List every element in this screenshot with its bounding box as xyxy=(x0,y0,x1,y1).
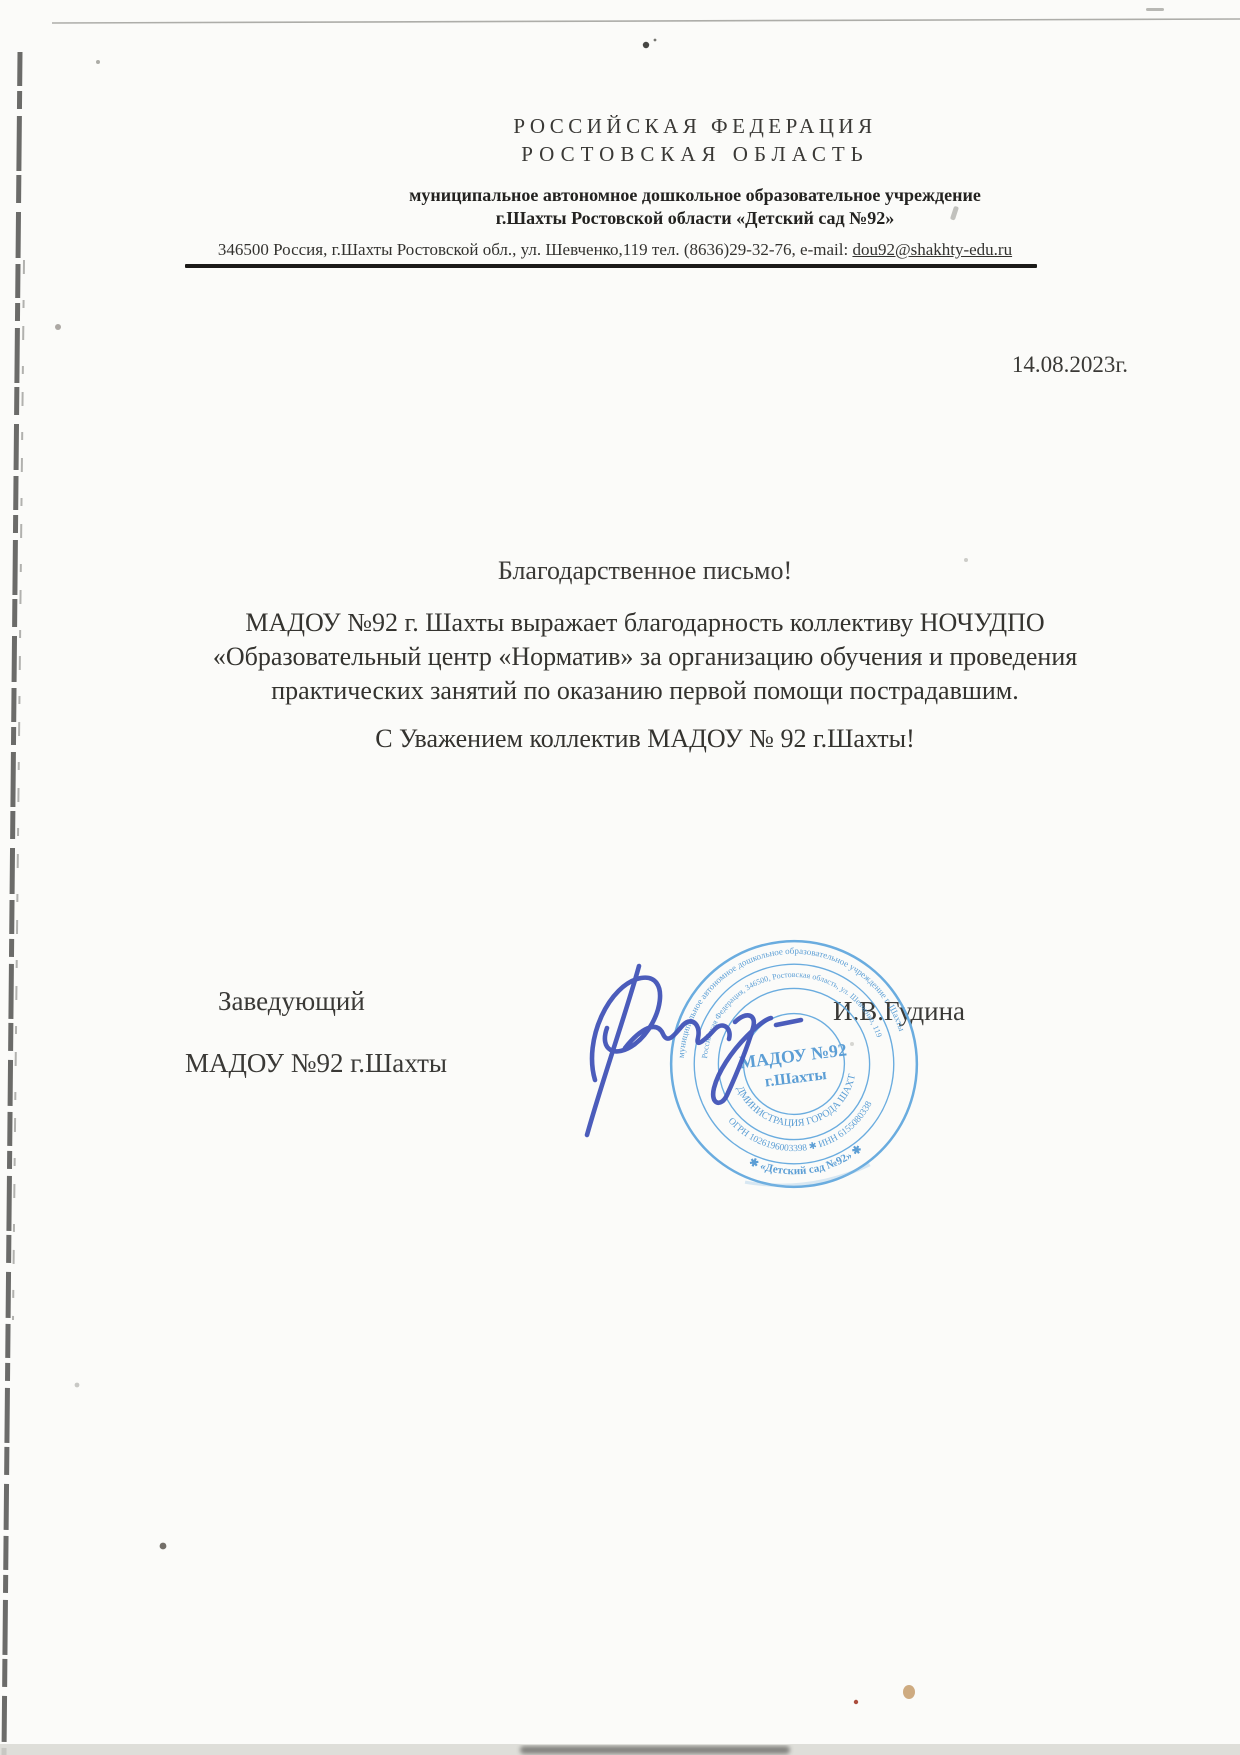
letter-body: МАДОУ №92 г. Шахты выражает благодарност… xyxy=(70,606,1220,708)
signer-role-line-1: Заведующий xyxy=(218,986,365,1017)
organization-name: муниципальное автономное дошкольное обра… xyxy=(150,184,1240,230)
header-divider xyxy=(185,264,1037,268)
letter-title: Благодарственное письмо! xyxy=(70,556,1220,586)
letter-date: 14.08.2023г. xyxy=(1012,352,1128,378)
body-line-1: МАДОУ №92 г. Шахты выражает благодарност… xyxy=(70,606,1220,640)
region-line: РОСТОВСКАЯ ОБЛАСТЬ xyxy=(150,140,1240,168)
letter-closing: С Уважением коллектив МАДОУ № 92 г.Шахты… xyxy=(70,724,1220,754)
signature-svg xyxy=(565,928,815,1158)
country-line: РОССИЙСКАЯ ФЕДЕРАЦИЯ xyxy=(150,112,1240,140)
body-line-2: «Образовательный центр «Норматив» за орг… xyxy=(70,640,1220,674)
org-line-2: г.Шахты Ростовской области «Детский сад … xyxy=(150,207,1240,230)
contact-line: 346500 Россия, г.Шахты Ростовской обл., … xyxy=(150,240,1080,260)
address-text: 346500 Россия, г.Шахты Ростовской обл., … xyxy=(218,240,853,259)
email-text: dou92@shakhty-edu.ru xyxy=(852,240,1012,259)
signer-role-line-2: МАДОУ №92 г.Шахты xyxy=(185,1048,447,1079)
handwritten-signature xyxy=(565,928,815,1158)
scanned-letter-page: РОССИЙСКАЯ ФЕДЕРАЦИЯ РОСТОВСКАЯ ОБЛАСТЬ … xyxy=(0,0,1240,1755)
body-line-3: практических занятий по оказанию первой … xyxy=(70,674,1220,708)
letterhead: РОССИЙСКАЯ ФЕДЕРАЦИЯ РОСТОВСКАЯ ОБЛАСТЬ xyxy=(150,112,1240,168)
org-line-1: муниципальное автономное дошкольное обра… xyxy=(150,184,1240,207)
